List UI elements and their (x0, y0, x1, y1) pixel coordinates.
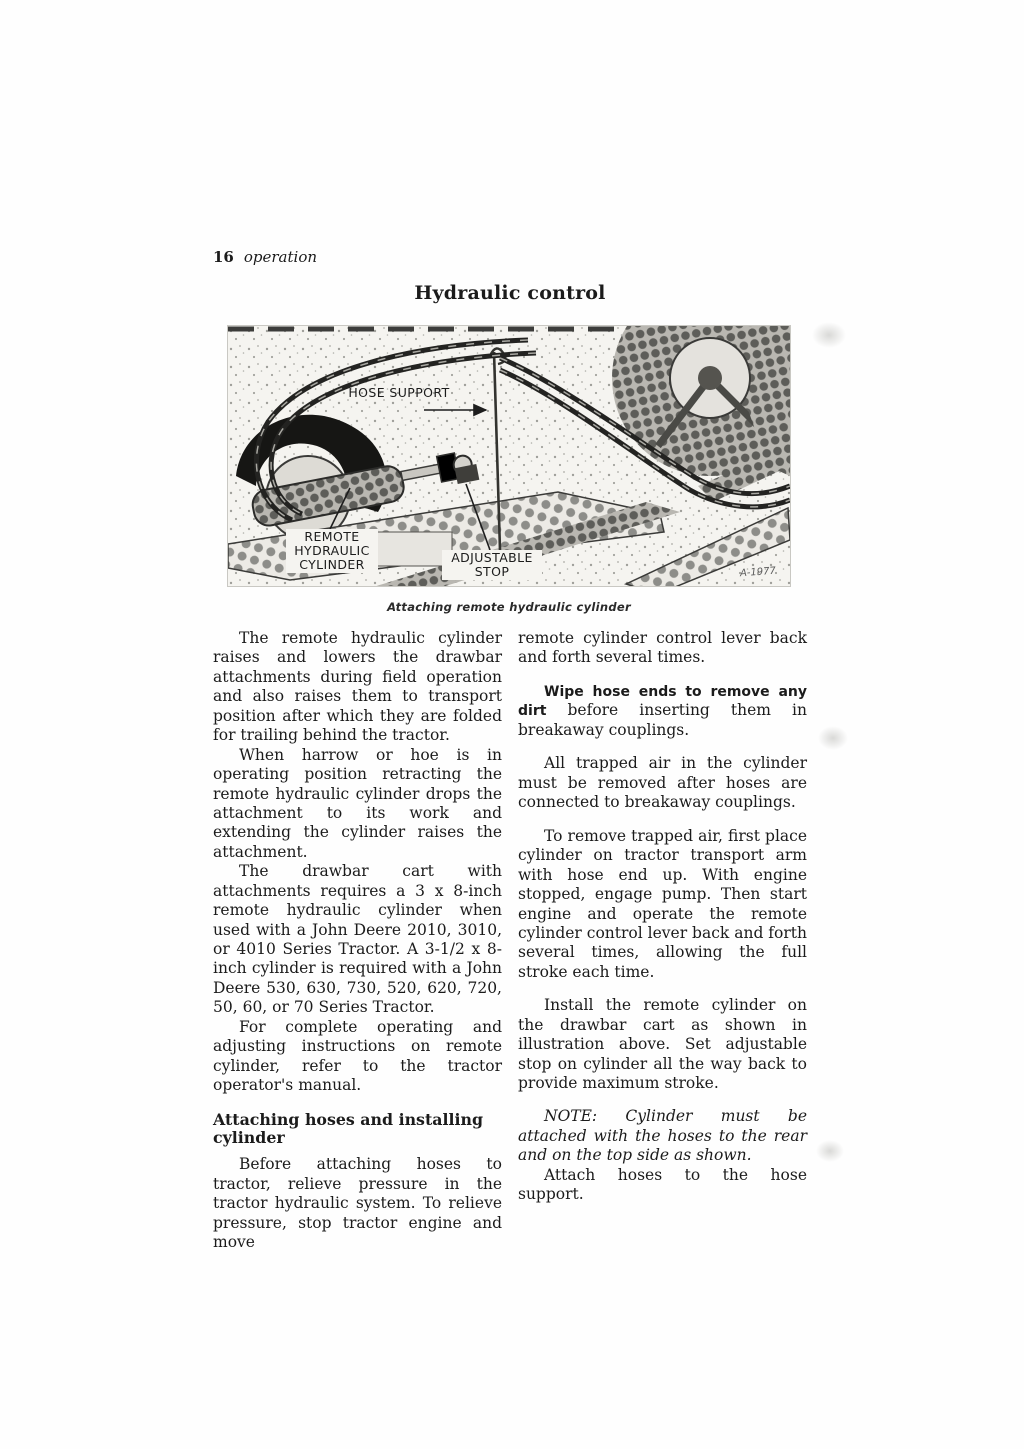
paragraph: When harrow or hoe is in operating posit… (213, 746, 502, 863)
right-column: remote cylinder control lever back and f… (518, 629, 807, 1253)
body-columns: The remote hydraulic cylinder raises and… (213, 629, 807, 1253)
page-title: Hydraulic control (213, 282, 807, 304)
scan-smudge (818, 726, 848, 750)
paragraph: remote cylinder control lever back and f… (518, 629, 807, 668)
manual-page: { "page": { "number": "16", "section": "… (0, 0, 1024, 1449)
paragraph: The remote hydraulic cylinder raises and… (213, 629, 502, 746)
paragraph: To remove trapped air, first place cylin… (518, 827, 807, 983)
page-number: 16 (213, 248, 234, 266)
paragraph: Before attaching hoses to tractor, relie… (213, 1155, 502, 1252)
adjustable-stop-label: ADJUSTABLE STOP (442, 550, 542, 580)
hose-support-label: HOSE SUPPORT (340, 386, 458, 400)
figure-photo: HOSE SUPPORT REMOTE HYDRAULIC CYLINDER A… (228, 326, 790, 586)
paragraph: Install the remote cylinder on the drawb… (518, 996, 807, 1093)
paragraph: All trapped air in the cylinder must be … (518, 754, 807, 812)
left-column: The remote hydraulic cylinder raises and… (213, 629, 502, 1253)
page-section-label: operation (244, 248, 317, 266)
note-paragraph: NOTE: Cylinder must be attached with the… (518, 1107, 807, 1165)
paragraph: Wipe hose ends to remove any dirt before… (518, 682, 807, 741)
paragraph: Attach hoses to the hose support. (518, 1166, 807, 1205)
figure-caption: Attaching remote hydraulic cylinder (228, 600, 790, 614)
paragraph-continuation: before inserting them in breakaway coupl… (518, 701, 807, 739)
figure-wrap: HOSE SUPPORT REMOTE HYDRAULIC CYLINDER A… (228, 326, 790, 614)
scan-smudge (816, 1140, 844, 1162)
paragraph: The drawbar cart with attachments requir… (213, 862, 502, 1018)
paragraph: For complete operating and adjusting ins… (213, 1018, 502, 1096)
scan-smudge (812, 322, 846, 348)
remote-hydraulic-cylinder-label: REMOTE HYDRAULIC CYLINDER (286, 529, 378, 573)
page-header: 16 operation (213, 248, 807, 266)
section-heading: Attaching hoses and installing cylinder (213, 1111, 502, 1149)
page-content: 16 operation Hydraulic control (213, 248, 807, 1253)
